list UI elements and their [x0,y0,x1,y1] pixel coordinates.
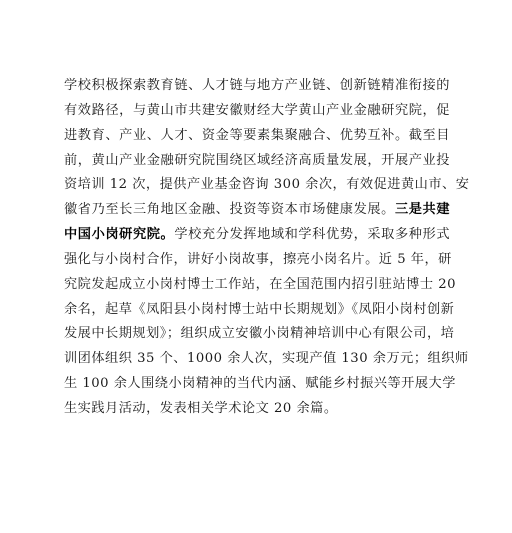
paragraph-line-10: 余名，起草《凤阳县小岗村博士站中长期规划》《凤阳小岗村创新 [64,298,450,323]
paragraph-line-6: 徽省乃至长三角地区金融、投资等资本市场健康发展。三是共建 [64,198,450,223]
paragraph-line-9: 究院发起成立小岗村博士工作站，在全国范围内招引驻站博士 20 [64,273,450,298]
document-page: 学校积极探索教育链、人才链与地方产业链、创新链精准衔接的 有效路径，与黄山市共建… [64,74,450,422]
paragraph-line-12: 训团体组织 35 个、1000 余人次，实现产值 130 余万元；组织师 [64,347,450,372]
bold-heading-text: 中国小岗研究院。 [64,227,174,242]
paragraph-line-8: 强化与小岗村合作，讲好小岗故事，擦亮小岗名片。近 5 年，研 [64,248,450,273]
line-text: 学校充分发挥地域和学科优势，采取多种形式 [174,227,450,242]
paragraph-line-2: 有效路径，与黄山市共建安徽财经大学黄山产业金融研究院，促 [64,99,450,124]
paragraph-line-11: 发展中长期规划》；组织成立安徽小岗精神培训中心有限公司，培 [64,322,450,347]
bold-heading-text: 三是共建 [395,202,450,217]
paragraph-line-13: 生 100 余人围绕小岗精神的当代内涵、赋能乡村振兴等开展大学 [64,372,450,397]
paragraph-line-1: 学校积极探索教育链、人才链与地方产业链、创新链精准衔接的 [64,74,450,99]
paragraph-line-5: 资培训 12 次，提供产业基金咨询 300 余次，有效促进黄山市、安 [64,173,450,198]
line-text: 徽省乃至长三角地区金融、投资等资本市场健康发展。 [64,202,395,217]
paragraph-line-14: 生实践月活动，发表相关学术论文 20 余篇。 [64,397,450,422]
paragraph-line-7: 中国小岗研究院。学校充分发挥地域和学科优势，采取多种形式 [64,223,450,248]
paragraph-line-4: 前，黄山产业金融研究院围绕区域经济高质量发展，开展产业投 [64,149,450,174]
paragraph-line-3: 进教育、产业、人才、资金等要素集聚融合、优势互补。截至目 [64,124,450,149]
